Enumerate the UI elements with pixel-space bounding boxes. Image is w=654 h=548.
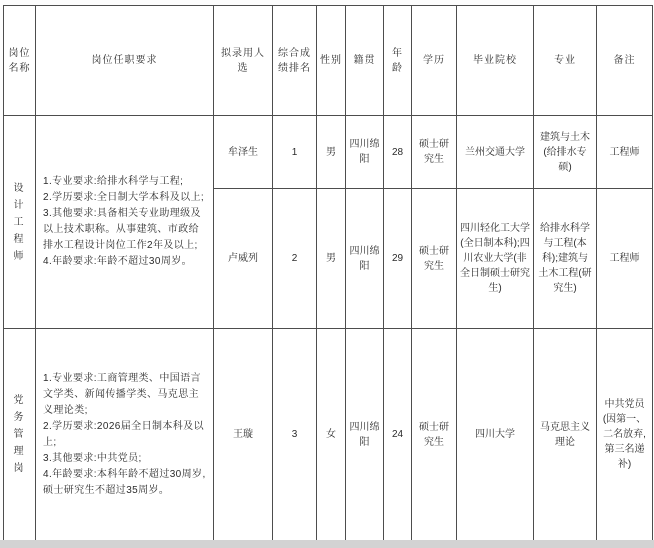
position-name-design-engineer: 设计工程师 (4, 116, 36, 329)
col-header-hometown: 籍贯 (346, 6, 384, 116)
candidate-gender: 男 (317, 189, 346, 329)
col-header-requirements: 岗位任职要求 (36, 6, 214, 116)
col-header-education: 学历 (412, 6, 457, 116)
candidate-hometown: 四川绵阳 (346, 189, 384, 329)
table-row: 党务管理岗 1.专业要求:工商管理类、中国语言文学类、新闻传播学类、马克思主义理… (4, 329, 653, 541)
candidate-rank: 2 (273, 189, 317, 329)
col-header-gender: 性别 (317, 6, 346, 116)
candidate-major: 给排水科学与工程(本科);建筑与土木工程(研究生) (534, 189, 597, 329)
candidate-education: 硕士研究生 (412, 189, 457, 329)
candidate-note: 工程师 (597, 116, 653, 189)
candidate-school: 四川轻化工大学(全日制本科);四川农业大学(非全日制硕士研究生) (457, 189, 534, 329)
candidate-age: 29 (384, 189, 412, 329)
position-requirements-design-engineer: 1.专业要求:给排水科学与工程; 2.学历要求:全日制大学本科及以上; 3.其他… (36, 116, 214, 329)
candidate-rank: 3 (273, 329, 317, 541)
scan-edge-shadow (0, 540, 654, 548)
candidate-age: 28 (384, 116, 412, 189)
candidate-name: 牟泽生 (214, 116, 273, 189)
candidate-note: 中共党员(因第一、二名放弃,第三名递补) (597, 329, 653, 541)
col-header-school: 毕业院校 (457, 6, 534, 116)
candidate-name: 卢威列 (214, 189, 273, 329)
candidate-school: 四川大学 (457, 329, 534, 541)
header-row: 岗位名称 岗位任职要求 拟录用人选 综合成绩排名 性别 籍贯 年龄 学历 毕业院… (4, 6, 653, 116)
candidate-major: 马克思主义理论 (534, 329, 597, 541)
position-requirements-party-affairs: 1.专业要求:工商管理类、中国语言文学类、新闻传播学类、马克思主义理论类; 2.… (36, 329, 214, 541)
candidate-hometown: 四川绵阳 (346, 329, 384, 541)
recruitment-result-table: 岗位名称 岗位任职要求 拟录用人选 综合成绩排名 性别 籍贯 年龄 学历 毕业院… (3, 5, 653, 541)
position-name-party-affairs: 党务管理岗 (4, 329, 36, 541)
candidate-education: 硕士研究生 (412, 116, 457, 189)
col-header-rank: 综合成绩排名 (273, 6, 317, 116)
col-header-major: 专业 (534, 6, 597, 116)
col-header-note: 备注 (597, 6, 653, 116)
candidate-gender: 女 (317, 329, 346, 541)
candidate-note: 工程师 (597, 189, 653, 329)
candidate-age: 24 (384, 329, 412, 541)
col-header-candidate: 拟录用人选 (214, 6, 273, 116)
col-header-position-name: 岗位名称 (4, 6, 36, 116)
candidate-major: 建筑与土木(给排水专硕) (534, 116, 597, 189)
table-row: 设计工程师 1.专业要求:给排水科学与工程; 2.学历要求:全日制大学本科及以上… (4, 116, 653, 189)
candidate-hometown: 四川绵阳 (346, 116, 384, 189)
col-header-age: 年龄 (384, 6, 412, 116)
candidate-rank: 1 (273, 116, 317, 189)
candidate-school: 兰州交通大学 (457, 116, 534, 189)
candidate-gender: 男 (317, 116, 346, 189)
scanned-recruitment-table-page: 岗位名称 岗位任职要求 拟录用人选 综合成绩排名 性别 籍贯 年龄 学历 毕业院… (0, 0, 654, 548)
candidate-name: 王璇 (214, 329, 273, 541)
candidate-education: 硕士研究生 (412, 329, 457, 541)
